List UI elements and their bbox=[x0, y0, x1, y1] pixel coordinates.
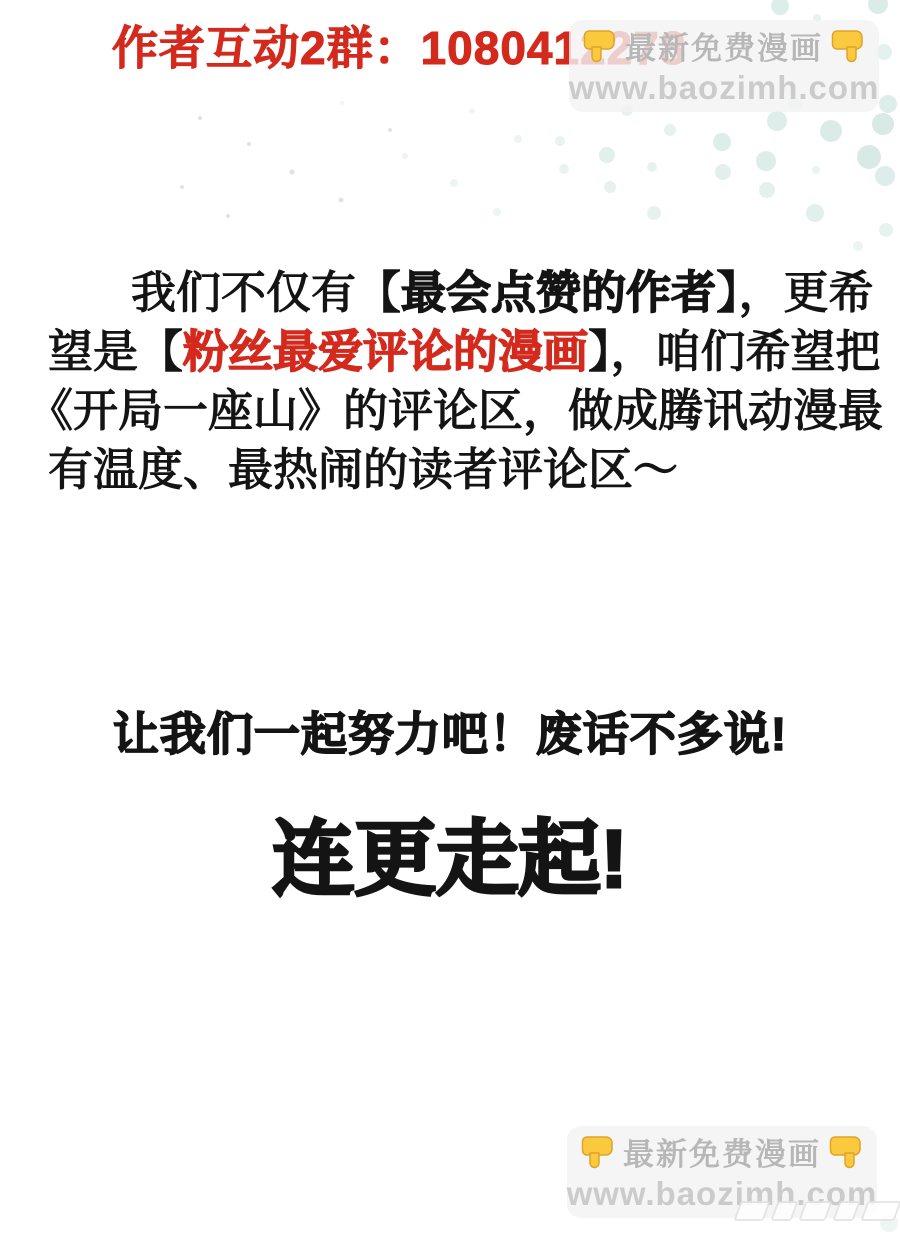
author-group-label: 作者互动2群： bbox=[112, 22, 421, 74]
effort-slogan: 让我们一起努力吧！废话不多说! bbox=[0, 698, 900, 764]
watermark-url: www.baozimh.com bbox=[569, 69, 880, 107]
paragraph-segment-normal: 】，更希 bbox=[716, 267, 874, 318]
watermark-text: 最新免费漫画 bbox=[623, 1129, 821, 1174]
paragraph-line: 有温度、最热闹的读者评论区～ bbox=[48, 440, 883, 499]
update-slogan: 连更走起! bbox=[0, 794, 900, 911]
paragraph-line: 望是【粉丝最爱评论的漫画】，咱们希望把 bbox=[48, 322, 883, 381]
comic-announcement-page: 作者互动2群：1080412278 最新免费漫画 www.baozimh.com… bbox=[0, 0, 900, 1236]
watermark-bottom-line1: 最新免费漫画 bbox=[581, 1129, 863, 1174]
pointing-down-hand-icon bbox=[831, 28, 865, 64]
paragraph-line: 我们不仅有【最会点赞的作者】，更希 bbox=[48, 263, 883, 322]
faint-signature-decoration bbox=[733, 1201, 900, 1221]
pointing-down-hand-icon bbox=[829, 1134, 863, 1170]
main-paragraph: 我们不仅有【最会点赞的作者】，更希望是【粉丝最爱评论的漫画】，咱们希望把《开局一… bbox=[48, 263, 883, 499]
paragraph-line: 《开局一座山》的评论区，做成腾讯动漫最 bbox=[28, 381, 883, 440]
paragraph-segment-bold-black: 最会点赞的作者 bbox=[401, 267, 716, 318]
paragraph-segment-normal: 】，咱们希望把 bbox=[588, 326, 881, 377]
watermark-text: 最新免费漫画 bbox=[625, 23, 823, 68]
paragraph-segment-bold-red: 粉丝最爱评论的漫画 bbox=[183, 326, 588, 377]
paragraph-segment-normal: 望是【 bbox=[48, 326, 183, 377]
paragraph-segment-normal: 《开局一座山》的评论区，做成腾讯动漫最 bbox=[28, 385, 883, 436]
watermark-top: 最新免费漫画 www.baozimh.com bbox=[569, 20, 879, 112]
paragraph-segment-normal: 有温度、最热闹的读者评论区～ bbox=[48, 444, 678, 495]
watermark-top-line1: 最新免费漫画 bbox=[583, 23, 865, 68]
pointing-down-hand-icon bbox=[581, 1134, 615, 1170]
pointing-down-hand-icon bbox=[583, 28, 617, 64]
paragraph-segment-normal: 我们不仅有【 bbox=[131, 267, 401, 318]
